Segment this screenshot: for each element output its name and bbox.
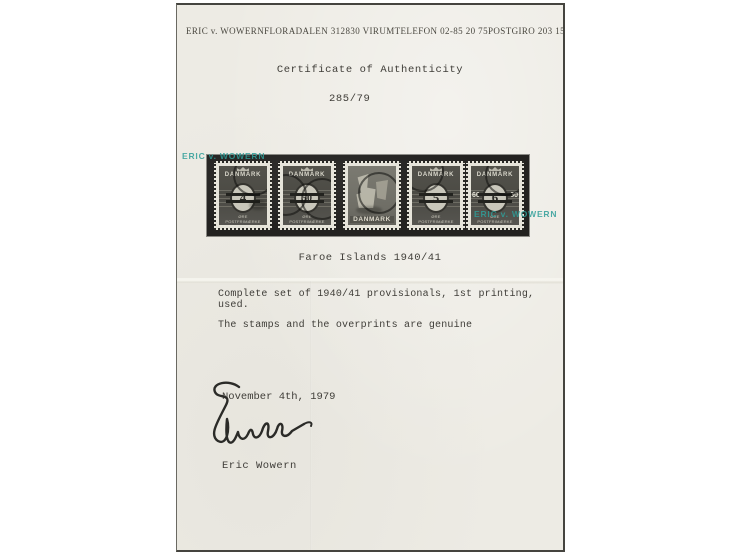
caravel-sail-motif xyxy=(376,180,388,200)
stamp-wave-50: DANMARK 50 ØRE POSTFRIMÆRKE xyxy=(278,161,336,230)
stamp-country-label: DANMARK xyxy=(350,216,394,223)
stamp-wave-60: DANMARK 60 60 6 ØRE POSTFRIMÆRKE xyxy=(466,161,524,230)
stamp-design: DANMARK 50 ØRE POSTFRIMÆRKE xyxy=(283,166,331,225)
stamp-value: 6 xyxy=(492,190,499,206)
value-oval: 5 xyxy=(423,183,449,213)
stamp-design: DANMARK 4 ØRE POSTFRIMÆRKE xyxy=(219,166,267,225)
stamp-value: 5 xyxy=(433,190,440,206)
letterhead-giro: POSTGIRO 203 15 74 xyxy=(488,26,565,36)
description-line-1: Complete set of 1940/41 provisionals, 1s… xyxy=(218,289,563,311)
stamp-country-label: DANMARK xyxy=(471,172,519,178)
stamp-country-label: DANMARK xyxy=(283,172,331,178)
owner-handstamp-bottom-right: ERIC v. WOWERN xyxy=(474,209,557,219)
stamp-wave-4: DANMARK 4 ØRE POSTFRIMÆRKE xyxy=(214,161,272,230)
letterhead-name: ERIC v. WOWERN xyxy=(186,26,264,36)
stamp-footer-label: ØRE POSTFRIMÆRKE xyxy=(219,215,267,224)
value-oval: 50 xyxy=(294,183,320,213)
scanned-certificate-page: ERIC v. WOWERN FLORADALEN 31 2830 VIRUM … xyxy=(0,0,740,557)
value-oval: 4 xyxy=(230,183,256,213)
crown-motif xyxy=(301,167,313,171)
owner-handstamp-top-left: ERIC v. WOWERN xyxy=(182,151,265,161)
caravel-ship-motif xyxy=(354,174,378,208)
stamp-caravel: DANMARK xyxy=(343,161,401,230)
crown-motif xyxy=(489,167,501,171)
stamp-footer-label: ØRE POSTFRIMÆRKE xyxy=(412,215,460,224)
certificate-subject: Faroe Islands 1940/41 xyxy=(177,252,563,264)
paper-fold-crease xyxy=(177,278,563,284)
certificate-number: 285/79 xyxy=(329,93,370,105)
certificate-paper: ERIC v. WOWERN FLORADALEN 31 2830 VIRUM … xyxy=(176,3,565,552)
stamp-design: DANMARK xyxy=(348,166,396,225)
crown-motif xyxy=(430,167,442,171)
letterhead-address: FLORADALEN 31 xyxy=(264,26,340,36)
stamp-country-label: DANMARK xyxy=(219,172,267,178)
letterhead: ERIC v. WOWERN FLORADALEN 31 2830 VIRUM … xyxy=(186,26,550,36)
description-line-2: The stamps and the overprints are genuin… xyxy=(218,320,472,331)
stamp-wave-5: DANMARK 5 ØRE POSTFRIMÆRKE xyxy=(407,161,465,230)
handwritten-signature xyxy=(199,377,339,467)
stamp-photo-card: DANMARK 4 ØRE POSTFRIMÆRKE DANMARK 50 ØR… xyxy=(207,155,529,236)
stamp-value: 50 xyxy=(302,193,312,204)
stamp-design: DANMARK 5 ØRE POSTFRIMÆRKE xyxy=(412,166,460,225)
stamp-value: 4 xyxy=(240,190,247,206)
crown-motif xyxy=(237,167,249,171)
letterhead-city: 2830 VIRUM xyxy=(341,26,395,36)
stamp-country-label: DANMARK xyxy=(412,172,460,178)
stamp-footer-label: ØRE POSTFRIMÆRKE xyxy=(283,215,331,224)
letterhead-phone: TELEFON 02-85 20 75 xyxy=(395,26,488,36)
certificate-title: Certificate of Authenticity xyxy=(177,64,563,76)
